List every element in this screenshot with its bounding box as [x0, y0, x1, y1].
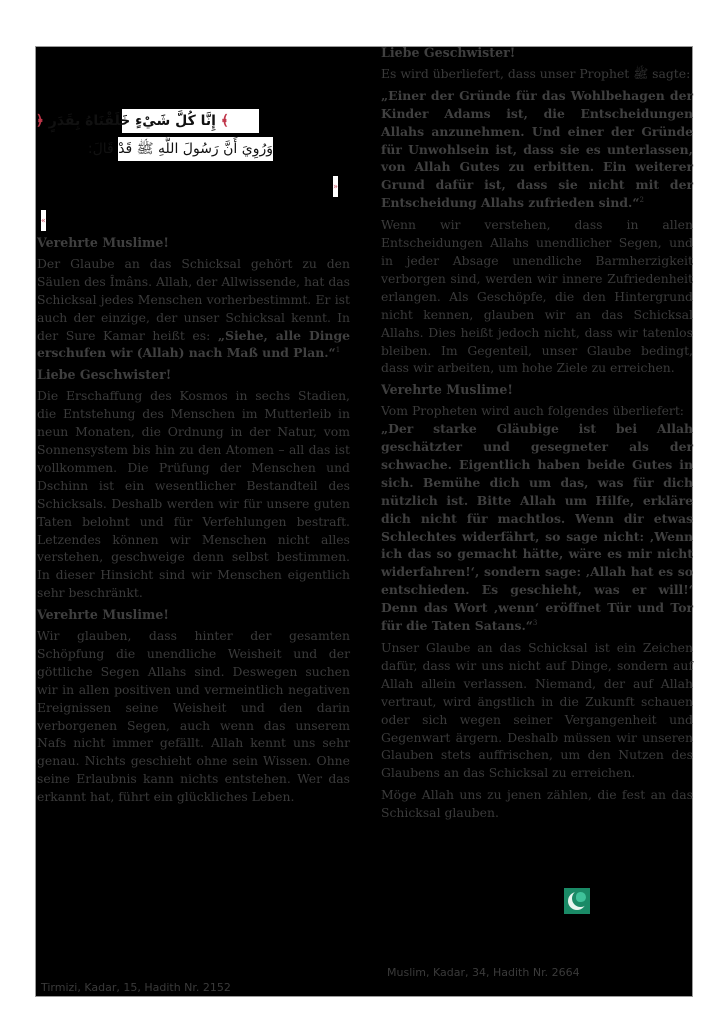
- footnote-ref: 3: [533, 619, 537, 627]
- paragraph: Wenn wir verstehen, dass in allen Entsch…: [381, 216, 693, 377]
- paragraph: Möge Allah uns zu jenen zählen, die fest…: [381, 786, 693, 822]
- paragraph: Der Glaube an das Schicksal gehört zu de…: [37, 255, 350, 362]
- hadith-quote: „Einer der Gründe für das Wohlbehagen de…: [381, 87, 693, 212]
- arabic-hadith-intro-box: وَرُوِيَ أَنَّ رَسُولَ اللَّهِ ﷺ قَدْ قَ…: [118, 137, 273, 161]
- hadith-quote: „Der starke Gläubige ist bei Allah gesch…: [381, 420, 693, 635]
- verse-ornament-open: ﴾: [221, 113, 229, 129]
- paragraph: Vom Propheten wird auch folgendes überli…: [381, 402, 693, 420]
- section-heading: Liebe Geschwister!: [37, 366, 350, 384]
- hadith-quote-text: „Der starke Gläubige ist bei Allah gesch…: [381, 421, 693, 633]
- section-heading: Verehrte Muslime!: [37, 234, 350, 252]
- footnote-right: Muslim, Kadar, 34, Hadith Nr. 2664: [387, 966, 580, 979]
- footnote-ref: 1: [336, 346, 340, 354]
- section-heading: Verehrte Muslime!: [381, 381, 693, 399]
- left-column: Verehrte Muslime! Der Glaube an das Schi…: [37, 234, 350, 810]
- quote-mark-open: «: [41, 210, 46, 231]
- crescent-globe-logo-icon: [564, 888, 590, 914]
- arabic-hadith-intro: وَرُوِيَ أَنَّ رَسُولَ اللَّهِ ﷺ قَدْ قَ…: [88, 141, 273, 157]
- paragraph: Unser Glaube an das Schicksal ist ein Ze…: [381, 639, 693, 782]
- paragraph: Die Erschaffung des Kosmos in sechs Stad…: [37, 387, 350, 602]
- footnote-ref: 2: [639, 196, 643, 204]
- right-column: Liebe Geschwister! Es wird überliefert, …: [381, 44, 693, 826]
- section-heading: Verehrte Muslime!: [37, 606, 350, 624]
- arabic-verse-box: ﴾ إِنَّا كُلَّ شَيْءٍ خَلَقْنَاهُ بِقَدَ…: [122, 109, 259, 133]
- paragraph: Es wird überliefert, dass unser Prophet …: [381, 65, 693, 83]
- quote-mark-close: »: [333, 176, 338, 197]
- hadith-quote-text: „Einer der Gründe für das Wohlbehagen de…: [381, 88, 693, 210]
- arabic-verse: إِنَّا كُلَّ شَيْءٍ خَلَقْنَاهُ بِقَدَرٍ: [49, 113, 216, 129]
- footnote-left: Tirmizi, Kadar, 15, Hadith Nr. 2152: [41, 981, 231, 994]
- verse-ornament-close: ﴿: [36, 113, 44, 129]
- paragraph: Wir glauben, dass hinter der gesamten Sc…: [37, 627, 350, 806]
- document-page: ﴾ إِنَّا كُلَّ شَيْءٍ خَلَقْنَاهُ بِقَدَ…: [35, 46, 693, 997]
- section-heading: Liebe Geschwister!: [381, 44, 693, 62]
- globe-shape: [576, 892, 586, 902]
